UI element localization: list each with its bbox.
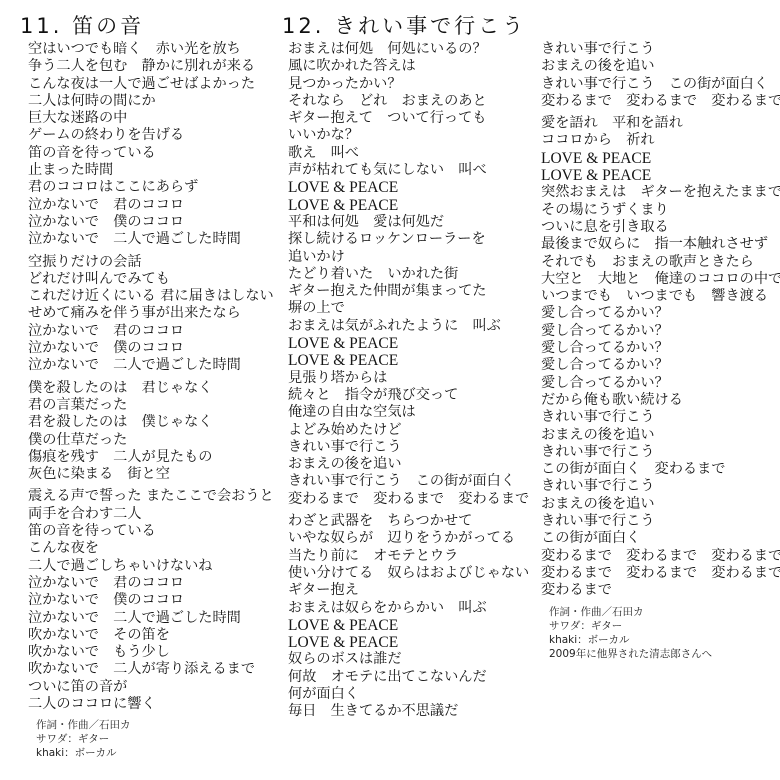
stanza: 空振りだけの会話どれだけ叫んでみてもこれだけ近くにいる 君に届きはしないせめて痛… xyxy=(28,254,274,375)
lyric-line: 僕の仕草だった xyxy=(28,432,274,449)
lyric-line: 止まった時間 xyxy=(28,162,274,179)
lyric-line: きれい事で行こう xyxy=(541,478,780,495)
lyric-line: 見張り塔からは xyxy=(288,370,529,387)
lyrics-song-11: 空はいつでも暗く 赤い光を放ち争う二人を包む 静かに別れが来るこんな夜は一人で過… xyxy=(28,41,274,760)
lyric-line: 震える声で誓った またここで会おうと xyxy=(28,488,274,505)
lyric-line: いやな奴らが 辺りをうかがってる xyxy=(288,530,529,547)
lyric-line: 変わるまで 変わるまで 変わるまで xyxy=(541,93,780,110)
lyric-line: 見つかったかい？ xyxy=(288,76,529,93)
lyric-line: 当たり前に オモテとウラ xyxy=(288,548,529,565)
lyric-line: それなら どれ おまえのあと xyxy=(288,93,529,110)
lyric-line: 変わるまで 変わるまで 変わるまで xyxy=(541,548,780,565)
lyric-line: おまえの後を追い xyxy=(541,427,780,444)
lyric-line: LOVE & PEACE xyxy=(541,150,780,167)
lyric-line: ギター抱えて ついて行っても xyxy=(288,110,529,127)
lyric-line: LOVE & PEACE xyxy=(288,634,529,651)
song-title-11: 11. 笛の音 xyxy=(20,10,144,40)
lyric-line: LOVE & PEACE xyxy=(541,167,780,184)
lyric-line: きれい事で行こう xyxy=(541,444,780,461)
lyric-line: 突然おまえは ギターを抱えたままで xyxy=(541,184,780,201)
lyric-line: 変わるまで 変わるまで 変わるまで xyxy=(288,491,529,508)
lyric-line: 泣かないで 君のココロ xyxy=(28,575,274,592)
lyric-line: ココロから 祈れ xyxy=(541,132,780,149)
lyric-line: 君の言葉だった xyxy=(28,397,274,414)
lyric-line: きれい事で行こう この街が面白く xyxy=(288,473,529,490)
lyric-line: おまえは何処 何処にいるの？ xyxy=(288,41,529,58)
lyric-line: 平和は何処 愛は何処だ xyxy=(288,214,529,231)
stanza: おまえは何処 何処にいるの？風に吹かれた答えは見つかったかい？それなら どれ お… xyxy=(288,41,529,508)
lyric-line: LOVE & PEACE xyxy=(288,352,529,369)
lyric-line: 声が枯れても気にしない 叫べ xyxy=(288,162,529,179)
lyric-line: 使い分けてる 奴らはおよびじゃない xyxy=(288,565,529,582)
credits-song-11: 作詞・作曲／石田カサワダ：ギターkhaki：ボーカル xyxy=(28,718,274,760)
credit-line: 作詞・作曲／石田カ xyxy=(549,605,780,619)
lyric-line: LOVE & PEACE xyxy=(288,179,529,196)
credit-line: 2009年に他界された清志郎さんへ xyxy=(549,647,780,661)
credit-line: サワダ：ギター xyxy=(36,732,274,746)
lyric-line: 吹かないで もう少し xyxy=(28,644,274,661)
stanza: 僕を殺したのは 君じゃなく君の言葉だった君を殺したのは 僕じゃなく僕の仕草だった… xyxy=(28,380,274,484)
lyric-line: きれい事で行こう xyxy=(541,409,780,426)
lyrics-song-12-part-1: おまえは何処 何処にいるの？風に吹かれた答えは見つかったかい？それなら どれ お… xyxy=(288,41,529,726)
lyric-line: おまえの後を追い xyxy=(541,58,780,75)
lyric-line: おまえは奴らをからかい 叫ぶ xyxy=(288,600,529,617)
lyric-line: LOVE & PEACE xyxy=(288,197,529,214)
lyric-line: 歌え 叫べ xyxy=(288,145,529,162)
lyric-line: 灰色に染まる 街と空 xyxy=(28,466,274,483)
lyric-line: 最後まで奴らに 指一本触れさせず xyxy=(541,236,780,253)
lyric-line: 泣かないで 君のココロ xyxy=(28,323,274,340)
lyric-line: 風に吹かれた答えは xyxy=(288,58,529,75)
lyric-line: 泣かないで 二人で過ごした時間 xyxy=(28,231,274,248)
lyric-line: ギター抱え xyxy=(288,582,529,599)
lyric-line: 空はいつでも暗く 赤い光を放ち xyxy=(28,41,274,58)
lyric-line: ついに笛の音が xyxy=(28,679,274,696)
lyric-line: 僕を殺したのは 君じゃなく xyxy=(28,380,274,397)
lyric-line: 泣かないで 僕のココロ xyxy=(28,340,274,357)
stanza: 震える声で誓った またここで会おうと両手を合わす二人笛の音を待っているこんな夜を… xyxy=(28,488,274,713)
lyric-line: 泣かないで 二人で過ごした時間 xyxy=(28,610,274,627)
lyric-line: きれい事で行こう xyxy=(288,439,529,456)
lyric-line: 変わるまで 変わるまで 変わるまで xyxy=(541,565,780,582)
lyric-line: 奴らのボスは誰だ xyxy=(288,651,529,668)
credit-line: khaki：ボーカル xyxy=(36,746,274,760)
lyric-line: 続々と 指令が飛び交って xyxy=(288,387,529,404)
credit-line: khaki：ボーカル xyxy=(549,633,780,647)
lyric-line: 愛し合ってるかい？ xyxy=(541,323,780,340)
lyric-line: だから俺も歌い続ける xyxy=(541,392,780,409)
lyric-line: いいかな？ xyxy=(288,127,529,144)
lyric-line: 争う二人を包む 静かに別れが来る xyxy=(28,58,274,75)
lyric-line: 傷痕を残す 二人が見たもの xyxy=(28,449,274,466)
lyric-line: これだけ近くにいる 君に届きはしない xyxy=(28,288,274,305)
lyric-line: きれい事で行こう xyxy=(541,513,780,530)
credits-song-12: 作詞・作曲／石田カサワダ：ギターkhaki：ボーカル2009年に他界された清志郎… xyxy=(541,605,780,661)
lyric-line: 吹かないで その笛を xyxy=(28,627,274,644)
lyric-line: きれい事で行こう この街が面白く xyxy=(541,76,780,93)
lyric-line: 二人で過ごしちゃいけないね xyxy=(28,558,274,575)
lyric-line: 愛し合ってるかい？ xyxy=(541,375,780,392)
lyric-line: 何故 オモテに出てこないんだ xyxy=(288,669,529,686)
lyric-line: 泣かないで 僕のココロ xyxy=(28,592,274,609)
lyric-line: 君を殺したのは 僕じゃなく xyxy=(28,414,274,431)
lyric-line: どれだけ叫んでみても xyxy=(28,271,274,288)
lyric-line: この街が面白く 変わるまで xyxy=(541,461,780,478)
lyric-line: 泣かないで 二人で過ごした時間 xyxy=(28,357,274,374)
lyric-line: 泣かないで 君のココロ xyxy=(28,197,274,214)
lyric-line: たどり着いた いかれた街 xyxy=(288,266,529,283)
lyric-line: 俺達の自由な空気は xyxy=(288,404,529,421)
credit-line: サワダ：ギター xyxy=(549,619,780,633)
stanza: 愛を語れ 平和を語れココロから 祈れLOVE & PEACELOVE & PEA… xyxy=(541,115,780,599)
lyric-line: LOVE & PEACE xyxy=(288,335,529,352)
lyric-line: LOVE & PEACE xyxy=(288,617,529,634)
lyric-line: 変わるまで xyxy=(541,582,780,599)
lyric-line: 笛の音を待っている xyxy=(28,145,274,162)
lyric-line: 大空と 大地と 俺達のココロの中で xyxy=(541,271,780,288)
lyric-line: 空振りだけの会話 xyxy=(28,254,274,271)
lyric-line: 何が面白く xyxy=(288,686,529,703)
stanza: 空はいつでも暗く 赤い光を放ち争う二人を包む 静かに別れが来るこんな夜は一人で過… xyxy=(28,41,274,249)
song-title-12: 12. きれい事で行こう xyxy=(282,10,526,40)
lyrics-song-12-part-2: きれい事で行こうおまえの後を追いきれい事で行こう この街が面白く変わるまで 変わ… xyxy=(541,41,780,661)
lyric-line: 毎日 生きてるか不思議だ xyxy=(288,703,529,720)
lyric-line: それでも おまえの歌声ときたら xyxy=(541,254,780,271)
lyric-line: よどみ始めたけど xyxy=(288,422,529,439)
lyric-line: その場にうずくまり xyxy=(541,202,780,219)
lyric-line: 塀の上で xyxy=(288,300,529,317)
lyric-line: こんな夜を xyxy=(28,540,274,557)
lyric-line: 吹かないで 二人が寄り添えるまで xyxy=(28,661,274,678)
lyric-line: 泣かないで 僕のココロ xyxy=(28,214,274,231)
lyric-line: ゲームの終わりを告げる xyxy=(28,127,274,144)
lyric-line: ギター抱えた仲間が集まってた xyxy=(288,283,529,300)
lyric-line: 愛し合ってるかい？ xyxy=(541,305,780,322)
lyric-line: おまえは気がふれたように 叫ぶ xyxy=(288,318,529,335)
lyric-line: 愛を語れ 平和を語れ xyxy=(541,115,780,132)
lyric-line: こんな夜は一人で過ごせばよかった xyxy=(28,76,274,93)
lyric-line: 君のココロはここにあらず xyxy=(28,179,274,196)
stanza: わざと武器を ちらつかせていやな奴らが 辺りをうかがってる当たり前に オモテとウ… xyxy=(288,513,529,721)
lyric-line: いつまでも いつまでも 響き渡る xyxy=(541,288,780,305)
lyric-line: 笛の音を待っている xyxy=(28,523,274,540)
lyric-line: この街が面白く xyxy=(541,530,780,547)
lyric-line: おまえの後を追い xyxy=(288,456,529,473)
lyric-line: せめて痛みを伴う事が出来たなら xyxy=(28,305,274,322)
lyric-line: 愛し合ってるかい？ xyxy=(541,340,780,357)
lyric-line: ついに息を引き取る xyxy=(541,219,780,236)
lyric-line: おまえの後を追い xyxy=(541,496,780,513)
lyric-line: 追いかけ xyxy=(288,249,529,266)
lyric-line: 探し続けるロッケンローラーを xyxy=(288,231,529,248)
lyric-line: 両手を合わす二人 xyxy=(28,506,274,523)
lyric-line: 愛し合ってるかい？ xyxy=(541,357,780,374)
lyric-line: 二人は何時の間にか xyxy=(28,93,274,110)
lyric-line: きれい事で行こう xyxy=(541,41,780,58)
lyric-line: 二人のココロに響く xyxy=(28,696,274,713)
lyric-line: 巨大な迷路の中 xyxy=(28,110,274,127)
lyric-line: わざと武器を ちらつかせて xyxy=(288,513,529,530)
stanza: きれい事で行こうおまえの後を追いきれい事で行こう この街が面白く変わるまで 変わ… xyxy=(541,41,780,110)
credit-line: 作詞・作曲／石田カ xyxy=(36,718,274,732)
